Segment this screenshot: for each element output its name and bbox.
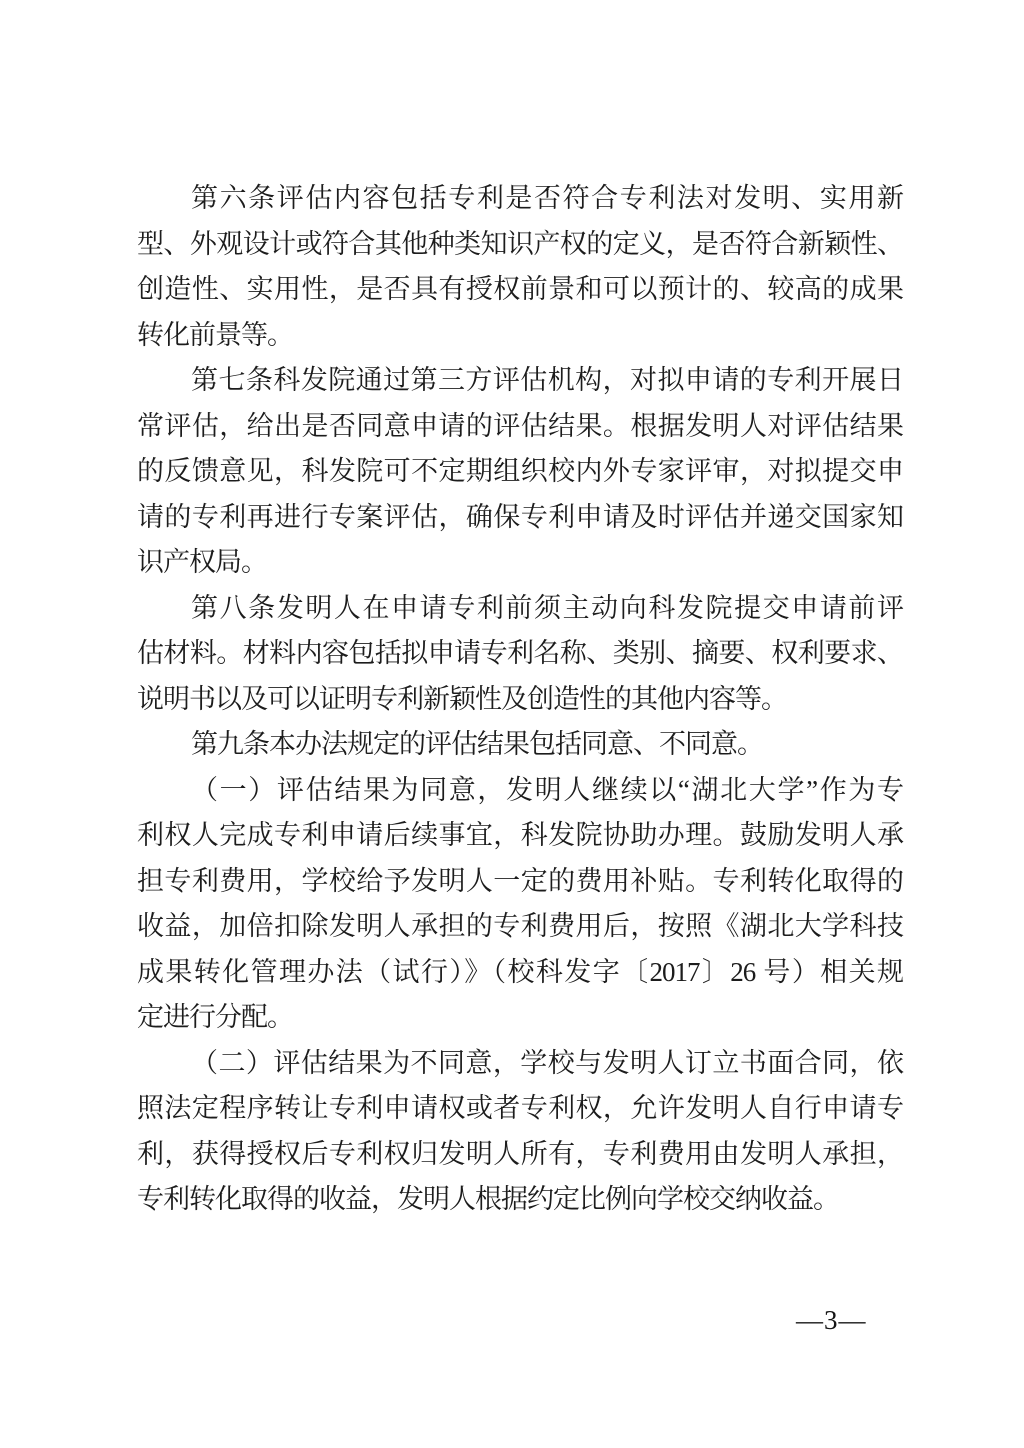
page-number: —3— [796,1305,906,1336]
text-line: 专利转化取得的收益，发明人根据约定比例向学校交纳收益。 [137,1177,903,1223]
text-line: 定进行分配。 [137,995,903,1041]
paragraph-article-7: 第七条科发院通过第三方评估机构，对拟申请的专利开展日常评估，给出是否同意申请的评… [137,358,903,586]
text-line: 第九条本办法规定的评估结果包括同意、不同意。 [137,722,903,768]
text-line: （二）评估结果为不同意，学校与发明人订立书面合同，依 [137,1041,903,1087]
text-line: 估材料。材料内容包括拟申请专利名称、类别、摘要、权利要求、 [137,631,903,677]
text-line: 利权人完成专利申请后续事宜，科发院协助办理。鼓励发明人承 [137,813,903,859]
text-line: 转化前景等。 [137,313,903,359]
document-page: 第六条评估内容包括专利是否符合专利法对发明、实用新型、外观设计或符合其他种类知识… [0,0,1024,1448]
text-line: 成果转化管理办法（试行）》（校科发字〔2017〕26 号）相关规 [137,950,903,996]
text-line: 识产权局。 [137,540,903,586]
document-body: 第六条评估内容包括专利是否符合专利法对发明、实用新型、外观设计或符合其他种类知识… [137,176,903,1223]
text-line: 利，获得授权后专利权归发明人所有，专利费用由发明人承担， [137,1132,903,1178]
text-line: 照法定程序转让专利申请权或者专利权，允许发明人自行申请专 [137,1086,903,1132]
text-line: 担专利费用，学校给予发明人一定的费用补贴。专利转化取得的 [137,859,903,905]
paragraph-clause-1: （一）评估结果为同意，发明人继续以“湖北大学”作为专利权人完成专利申请后续事宜，… [137,768,903,1041]
paragraph-clause-2: （二）评估结果为不同意，学校与发明人订立书面合同，依照法定程序转让专利申请权或者… [137,1041,903,1223]
paragraph-article-6: 第六条评估内容包括专利是否符合专利法对发明、实用新型、外观设计或符合其他种类知识… [137,176,903,358]
text-line: （一）评估结果为同意，发明人继续以“湖北大学”作为专 [137,768,903,814]
paragraph-article-9: 第九条本办法规定的评估结果包括同意、不同意。 [137,722,903,768]
text-line: 第八条发明人在申请专利前须主动向科发院提交申请前评 [137,586,903,632]
text-line: 常评估，给出是否同意申请的评估结果。根据发明人对评估结果 [137,404,903,450]
text-line: 第七条科发院通过第三方评估机构，对拟申请的专利开展日 [137,358,903,404]
text-line: 第六条评估内容包括专利是否符合专利法对发明、实用新 [137,176,903,222]
text-line: 说明书以及可以证明专利新颖性及创造性的其他内容等。 [137,677,903,723]
text-line: 创造性、实用性，是否具有授权前景和可以预计的、较高的成果 [137,267,903,313]
text-line: 请的专利再进行专案评估，确保专利申请及时评估并递交国家知 [137,495,903,541]
paragraph-article-8: 第八条发明人在申请专利前须主动向科发院提交申请前评估材料。材料内容包括拟申请专利… [137,586,903,723]
text-line: 的反馈意见，科发院可不定期组织校内外专家评审，对拟提交申 [137,449,903,495]
text-line: 型、外观设计或符合其他种类知识产权的定义，是否符合新颖性、 [137,222,903,268]
text-line: 收益，加倍扣除发明人承担的专利费用后，按照《湖北大学科技 [137,904,903,950]
